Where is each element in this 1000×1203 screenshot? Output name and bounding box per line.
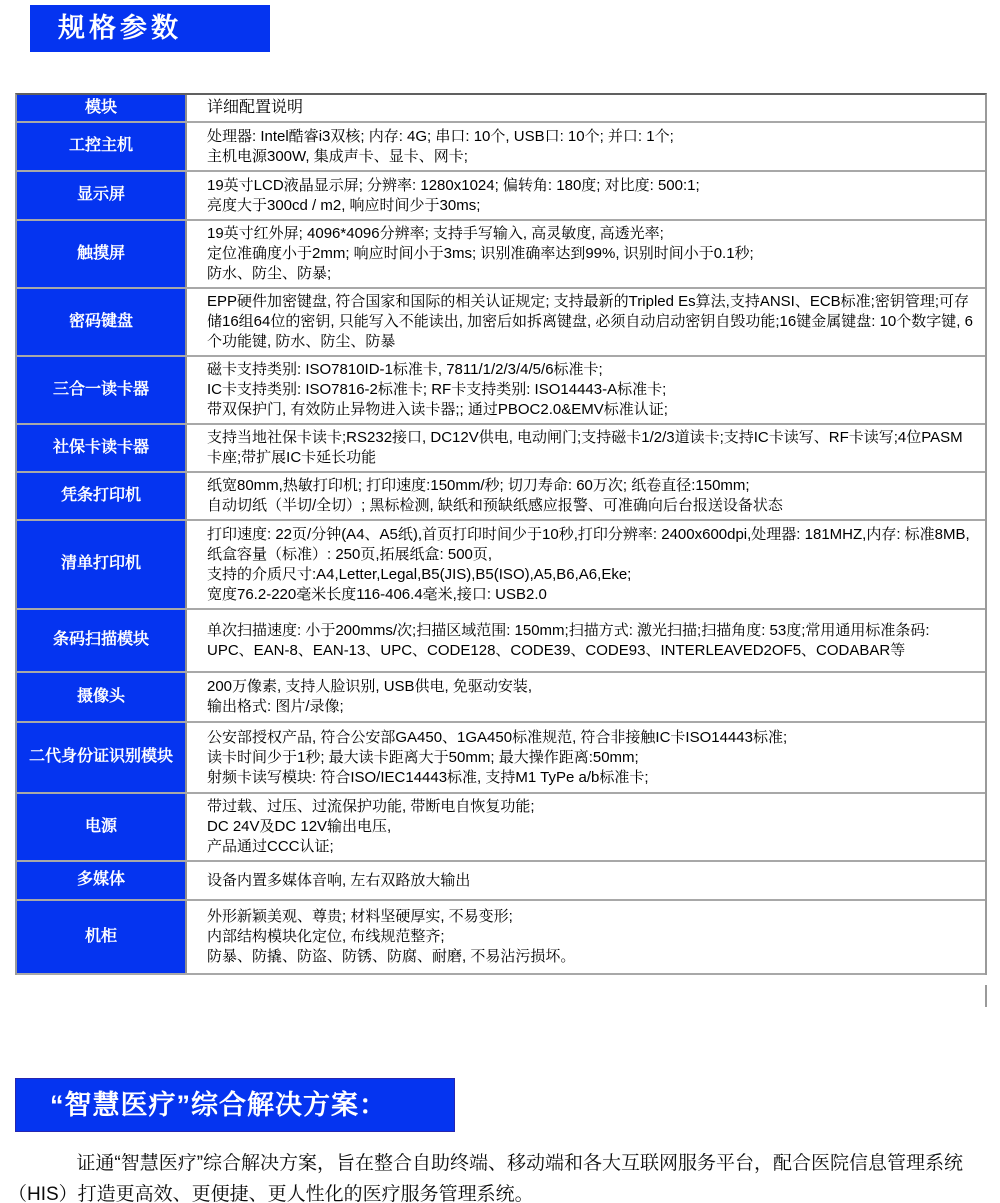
module-cell: 工控主机 <box>17 123 187 170</box>
spec-line: 带过载、过压、过流保护功能, 带断电自恢复功能; <box>207 797 975 817</box>
spec-line: 外形新颖美观、尊贵; 材料坚硬厚实, 不易变形; <box>207 907 975 927</box>
spec-line: 处理器: Intel酷睿i3双核; 内存: 4G; 串口: 10个, USB口:… <box>207 127 975 147</box>
spec-line: 防水、防尘、防暴; <box>207 264 975 284</box>
description-cell: 带过载、过压、过流保护功能, 带断电自恢复功能;DC 24V及DC 12V输出电… <box>187 794 985 860</box>
spec-line: 200万像素, 支持人脸识别, USB供电, 免驱动安装, <box>207 677 975 697</box>
description-cell: 磁卡支持类别: ISO7810ID-1标准卡, 7811/1/2/3/4/5/6… <box>187 357 985 423</box>
table-row: 多媒体 设备内置多媒体音响, 左右双路放大输出 <box>17 862 985 901</box>
spec-line: 纸宽80mm,热敏打印机; 打印速度:150mm/秒; 切刀寿命: 60万次; … <box>207 476 975 496</box>
spec-line: 带双保护门, 有效防止异物进入读卡器;; 通过PBOC2.0&EMV标准认证; <box>207 400 975 420</box>
module-cell: 二代身份证识别模块 <box>17 723 187 792</box>
table-row: 机柜 外形新颖美观、尊贵; 材料坚硬厚实, 不易变形;内部结构模块化定位, 布线… <box>17 901 985 975</box>
table-row: 清单打印机 打印速度: 22页/分钟(A4、A5纸),首页打印时间少于10秒,打… <box>17 521 985 610</box>
spec-params-header: 规格参数 <box>30 5 270 52</box>
table-row: 凭条打印机 纸宽80mm,热敏打印机; 打印速度:150mm/秒; 切刀寿命: … <box>17 473 985 521</box>
description-cell: 支持当地社保卡读卡;RS232接口, DC12V供电, 电动闸门;支持磁卡1/2… <box>187 425 985 471</box>
table-row: 条码扫描模块 单次扫描速度: 小于200mms/次;扫描区域范围: 150mm;… <box>17 610 985 673</box>
spec-line: 主机电源300W, 集成声卡、显卡、网卡; <box>207 147 975 167</box>
spec-line: 打印速度: 22页/分钟(A4、A5纸),首页打印时间少于10秒,打印分辨率: … <box>207 525 975 565</box>
module-cell: 机柜 <box>17 901 187 973</box>
table-row: 密码键盘 EPP硬件加密键盘, 符合国家和国际的相关认证规定; 支持最新的Tri… <box>17 289 985 357</box>
description-cell: 公安部授权产品, 符合公安部GA450、1GA450标准规范, 符合非接触IC卡… <box>187 723 985 792</box>
module-cell: 社保卡读卡器 <box>17 425 187 471</box>
spec-line: 内部结构模块化定位, 布线规范整齐; <box>207 927 975 947</box>
spec-line: 读卡时间少于1秒; 最大读卡距离大于50mm; 最大操作距离:50mm; <box>207 748 975 768</box>
module-cell: 凭条打印机 <box>17 473 187 519</box>
description-cell: 19英寸红外屏; 4096*4096分辨率; 支持手写输入, 高灵敏度, 高透光… <box>187 221 985 287</box>
spec-table: 模块 详细配置说明 工控主机 处理器: Intel酷睿i3双核; 内存: 4G;… <box>15 93 987 975</box>
spec-line: 亮度大于300cd / m2, 响应时间少于30ms; <box>207 196 975 216</box>
module-cell: 摄像头 <box>17 673 187 721</box>
solution-header: “智慧医疗”综合解决方案： <box>15 1078 455 1132</box>
spec-line: DC 24V及DC 12V输出电压, <box>207 817 975 837</box>
module-cell: 电源 <box>17 794 187 860</box>
description-cell: 详细配置说明 <box>187 95 985 121</box>
table-row: 显示屏 19英寸LCD液晶显示屏; 分辨率: 1280x1024; 偏转角: 1… <box>17 172 985 221</box>
description-cell: 外形新颖美观、尊贵; 材料坚硬厚实, 不易变形;内部结构模块化定位, 布线规范整… <box>187 901 985 973</box>
description-cell: 设备内置多媒体音响, 左右双路放大输出 <box>187 862 985 899</box>
table-row: 电源 带过载、过压、过流保护功能, 带断电自恢复功能;DC 24V及DC 12V… <box>17 794 985 862</box>
module-cell: 触摸屏 <box>17 221 187 287</box>
module-cell: 多媒体 <box>17 862 187 899</box>
spec-line: 输出格式: 图片/录像; <box>207 697 975 717</box>
solution-paragraph: 证通“智慧医疗”综合解决方案，旨在整合自助终端、移动端和各大互联网服务平台，配合… <box>8 1148 996 1203</box>
description-cell: 纸宽80mm,热敏打印机; 打印速度:150mm/秒; 切刀寿命: 60万次; … <box>187 473 985 519</box>
table-row: 工控主机 处理器: Intel酷睿i3双核; 内存: 4G; 串口: 10个, … <box>17 123 985 172</box>
table-row: 三合一读卡器 磁卡支持类别: ISO7810ID-1标准卡, 7811/1/2/… <box>17 357 985 425</box>
description-cell: 200万像素, 支持人脸识别, USB供电, 免驱动安装,输出格式: 图片/录像… <box>187 673 985 721</box>
module-cell: 显示屏 <box>17 172 187 219</box>
spec-line: 详细配置说明 <box>207 98 975 118</box>
spec-line: 19英寸LCD液晶显示屏; 分辨率: 1280x1024; 偏转角: 180度;… <box>207 176 975 196</box>
table-right-border-tail <box>15 985 987 1007</box>
spec-line: 19英寸红外屏; 4096*4096分辨率; 支持手写输入, 高灵敏度, 高透光… <box>207 224 975 244</box>
spec-line: 产品通过CCC认证; <box>207 837 975 857</box>
spec-line: 自动切纸（半切/全切）; 黑标检测, 缺纸和预缺纸感应报警、可准确向后台报送设备… <box>207 496 975 516</box>
module-cell: 模块 <box>17 95 187 121</box>
spec-line: 支持当地社保卡读卡;RS232接口, DC12V供电, 电动闸门;支持磁卡1/2… <box>207 428 975 468</box>
module-cell: 密码键盘 <box>17 289 187 355</box>
description-cell: 处理器: Intel酷睿i3双核; 内存: 4G; 串口: 10个, USB口:… <box>187 123 985 170</box>
description-cell: EPP硬件加密键盘, 符合国家和国际的相关认证规定; 支持最新的Tripled … <box>187 289 985 355</box>
spec-line: 射频卡读写模块: 符合ISO/IEC14443标准, 支持M1 TyPe a/b… <box>207 768 975 788</box>
spec-line: 支持的介质尺寸:A4,Letter,Legal,B5(JIS),B5(ISO),… <box>207 565 975 585</box>
spec-line: 宽度76.2-220毫米长度116-406.4毫米,接口: USB2.0 <box>207 585 975 605</box>
table-row: 社保卡读卡器 支持当地社保卡读卡;RS232接口, DC12V供电, 电动闸门;… <box>17 425 985 473</box>
spec-line: 磁卡支持类别: ISO7810ID-1标准卡, 7811/1/2/3/4/5/6… <box>207 360 975 380</box>
spec-line: EPP硬件加密键盘, 符合国家和国际的相关认证规定; 支持最新的Tripled … <box>207 292 975 352</box>
spec-line: 设备内置多媒体音响, 左右双路放大输出 <box>207 871 975 891</box>
spec-line: 防暴、防撬、防盗、防锈、防腐、耐磨, 不易沾污损坏。 <box>207 947 975 967</box>
module-cell: 清单打印机 <box>17 521 187 608</box>
table-row: 二代身份证识别模块 公安部授权产品, 符合公安部GA450、1GA450标准规范… <box>17 723 985 794</box>
table-row: 触摸屏 19英寸红外屏; 4096*4096分辨率; 支持手写输入, 高灵敏度,… <box>17 221 985 289</box>
module-cell: 条码扫描模块 <box>17 610 187 671</box>
table-header-row: 模块 详细配置说明 <box>17 95 985 123</box>
description-cell: 打印速度: 22页/分钟(A4、A5纸),首页打印时间少于10秒,打印分辨率: … <box>187 521 985 608</box>
description-cell: 19英寸LCD液晶显示屏; 分辨率: 1280x1024; 偏转角: 180度;… <box>187 172 985 219</box>
module-cell: 三合一读卡器 <box>17 357 187 423</box>
spec-line: IC卡支持类别: ISO7816-2标准卡; RF卡支持类别: ISO14443… <box>207 380 975 400</box>
table-row: 摄像头 200万像素, 支持人脸识别, USB供电, 免驱动安装,输出格式: 图… <box>17 673 985 723</box>
spec-line: 定位准确度小于2mm; 响应时间小于3ms; 识别准确率达到99%, 识别时间小… <box>207 244 975 264</box>
description-cell: 单次扫描速度: 小于200mms/次;扫描区域范围: 150mm;扫描方式: 激… <box>187 610 985 671</box>
spec-line: 单次扫描速度: 小于200mms/次;扫描区域范围: 150mm;扫描方式: 激… <box>207 621 975 661</box>
spec-line: 公安部授权产品, 符合公安部GA450、1GA450标准规范, 符合非接触IC卡… <box>207 728 975 748</box>
